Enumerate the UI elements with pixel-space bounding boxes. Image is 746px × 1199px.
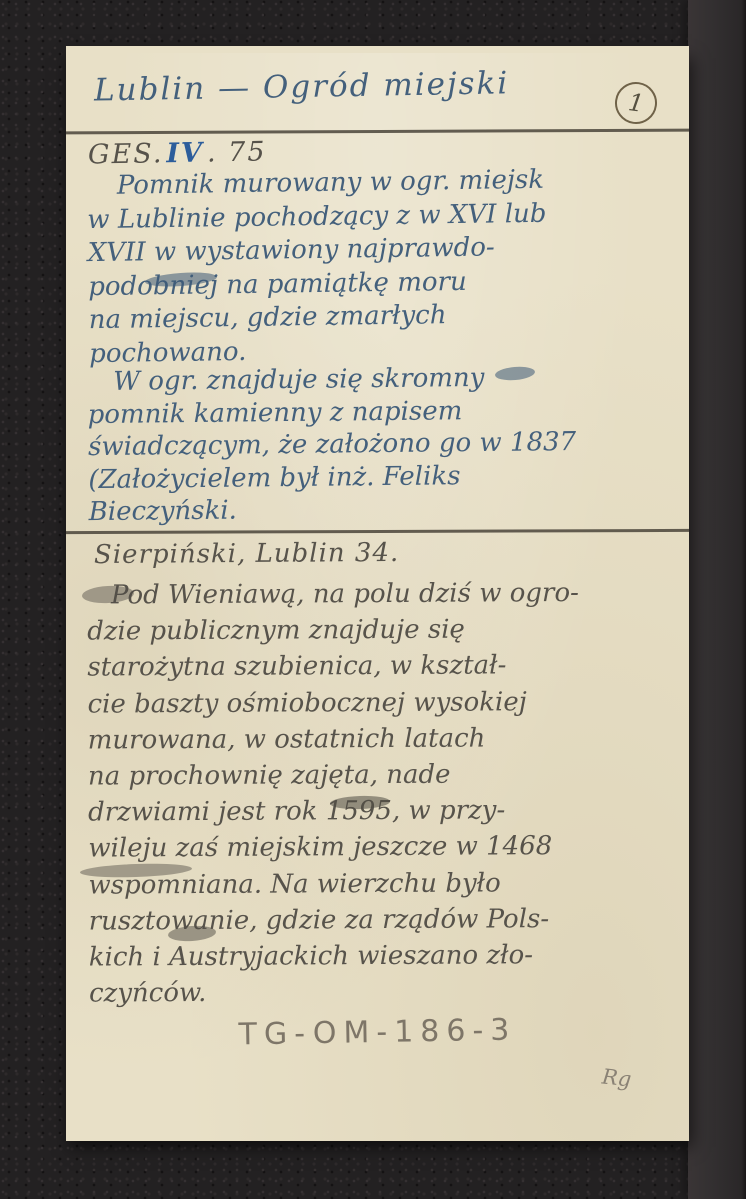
entry2-source-citation: Sierpiński, Lublin 34.: [94, 538, 399, 570]
entry1-paragraph1: Pomnik murowany w ogr. miejsk w Lublinie…: [87, 162, 684, 371]
pencil-initials-mark: Rg: [601, 1065, 633, 1092]
card-title: Lublin — Ogród miejski: [94, 63, 615, 108]
catalog-number: . 75: [207, 136, 267, 168]
archive-photo-background: { "document": { "page_number": "1", "tit…: [0, 0, 746, 1199]
archive-signature: TG-OM-186-3: [66, 1010, 690, 1056]
book-spine-edge: [688, 0, 746, 1199]
catalog-reference: GES.IV. 75: [88, 136, 267, 170]
horizontal-rule-middle: [66, 529, 689, 534]
circled-page-number: 1: [612, 79, 659, 126]
index-card: Lublin — Ogród miejski 1 GES.IV. 75 Pomn…: [66, 52, 689, 1141]
entry1-paragraph2: W ogr. znajduje się skromny pomnik kamie…: [87, 360, 683, 529]
entry2-paragraph: Pod Wieniawą, na polu dziś w ogro- dzie …: [87, 574, 685, 1012]
catalog-volume: IV: [163, 137, 207, 169]
page-number: 1: [626, 88, 645, 118]
horizontal-rule-top: [66, 129, 689, 135]
catalog-prefix: GES.: [88, 138, 164, 170]
